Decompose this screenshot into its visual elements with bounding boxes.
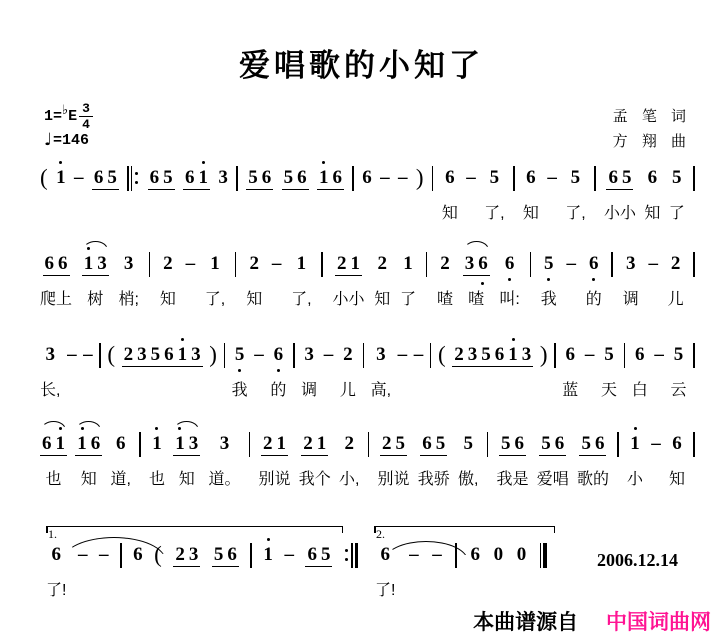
note-glyphs: 235613 <box>452 341 533 369</box>
note-glyphs: – <box>585 341 595 369</box>
beam-group: 25 <box>380 433 407 456</box>
note-digit: 6 <box>672 433 682 455</box>
note-digit: 5 <box>604 344 614 366</box>
beam-group: 65 <box>305 544 332 567</box>
barline <box>624 341 626 397</box>
note-cell: 56歌的 <box>577 430 609 486</box>
note-glyphs <box>127 164 139 192</box>
digit: 3 <box>376 344 386 365</box>
lyric: 了! <box>46 577 66 597</box>
note-cell: 3道。 <box>208 430 240 486</box>
duration-dash: – <box>74 167 84 189</box>
key-letter: E <box>68 108 77 125</box>
lyric: 调 <box>623 286 639 306</box>
duration-dash: – <box>398 344 408 366</box>
note-cell: 56 <box>246 164 273 220</box>
digit: 1 <box>178 344 188 365</box>
note-cell: 2小, <box>339 430 359 486</box>
digit: 1 <box>297 253 307 274</box>
note-digit: 1 <box>297 253 307 275</box>
key-prefix: 1= <box>44 108 62 125</box>
note-digit: 5 <box>163 167 173 189</box>
digit: 3 <box>189 544 199 565</box>
phrase-paren: ( <box>438 343 446 367</box>
note-cell: – <box>651 430 661 486</box>
note-digit: 6 <box>445 167 455 189</box>
note-cell: ) <box>209 341 217 397</box>
note-digit: 2 <box>454 344 464 366</box>
repeat-dots <box>345 543 348 568</box>
note-glyphs: 6 <box>648 164 658 192</box>
note-glyphs <box>236 164 238 192</box>
note-digit: 2 <box>175 544 185 566</box>
note-glyphs: – <box>272 250 282 278</box>
digit: 0 <box>517 544 527 565</box>
score-system-3: 3长,––(235613)5我–6的3调–2儿3高,––(235613)6蓝–5… <box>40 341 695 397</box>
high-octave-dot <box>512 338 515 341</box>
composition-date: 2006.12.14 <box>597 550 678 571</box>
barline-stroke <box>611 252 613 277</box>
note-cell: 1也 <box>149 430 165 486</box>
digit: 6 <box>635 344 645 365</box>
lyricist-credit: 孟 笔 词 <box>613 104 691 129</box>
digit: 1 <box>175 433 185 454</box>
lyric: 歌的 <box>577 466 609 486</box>
beam-group: 23 <box>173 544 200 567</box>
note-cell: – <box>654 341 664 397</box>
digit: 5 <box>463 433 473 454</box>
note-glyphs: 5 <box>604 341 614 369</box>
note-cell: 6知 <box>644 164 660 220</box>
note-glyphs: 3 <box>220 430 230 458</box>
lyric: 了, <box>484 200 504 220</box>
note-glyphs: 6 <box>362 164 372 192</box>
note-glyphs: – <box>67 341 77 369</box>
note-cell: 5了, <box>565 164 585 220</box>
digit: 3 <box>522 344 532 365</box>
barline <box>352 164 354 220</box>
note-glyphs <box>530 250 532 278</box>
note-cell: 65 <box>305 541 332 597</box>
barline <box>236 164 238 220</box>
lyric: 爬上 <box>40 286 72 306</box>
note-glyphs <box>149 250 151 278</box>
digit: 2 <box>671 253 681 274</box>
note-digit: 1 <box>319 167 329 189</box>
note-digit: 6 <box>595 433 605 455</box>
digit: 3 <box>626 253 636 274</box>
slur-arc <box>464 241 489 250</box>
note-cell: 3调 <box>623 250 639 306</box>
first-ending-bracket: 1. <box>46 526 343 533</box>
note-glyphs: 0 <box>494 541 504 569</box>
note-cell: – <box>398 164 408 220</box>
lyric: 道, <box>111 466 131 486</box>
duration-dash: – <box>585 344 595 366</box>
note-glyphs: 5 <box>544 250 554 278</box>
first-ending-label: 1. <box>48 527 57 542</box>
note-digit: 6 <box>262 167 272 189</box>
beam-group: 36 <box>463 253 490 276</box>
barline <box>432 164 434 220</box>
note-digit: 3 <box>137 344 147 366</box>
note-glyphs <box>540 541 547 569</box>
note-glyphs: 56 <box>212 541 239 569</box>
note-cell: 6知 <box>523 164 539 220</box>
lyric: 傲, <box>458 466 478 486</box>
key-line: 1=♭E 3 4 <box>44 103 93 129</box>
lyric: 了 <box>400 286 416 306</box>
digit: 6 <box>505 253 515 274</box>
low-octave-dot <box>238 369 241 372</box>
note-cell: 6了! <box>46 541 66 597</box>
lyric: 知 <box>179 466 195 486</box>
digit: 6 <box>332 167 342 188</box>
beam-group: 61 <box>183 167 210 190</box>
note-glyphs: – <box>324 341 334 369</box>
note-glyphs <box>554 341 556 369</box>
note-cell: ( <box>40 164 48 220</box>
note-cell: ( <box>107 341 115 397</box>
note-cell: 56 <box>282 164 309 220</box>
note-digit: 5 <box>571 167 581 189</box>
note-glyphs: 3 <box>376 341 386 369</box>
note-digit: 5 <box>501 433 511 455</box>
digit: 5 <box>214 544 224 565</box>
note-digit: 3 <box>189 544 199 566</box>
digit: 1 <box>351 253 361 274</box>
source-site-link[interactable]: 中国词曲网 <box>606 611 711 634</box>
beam-group: 61 <box>40 433 67 456</box>
note-digit: 2 <box>671 253 681 275</box>
digit: 6 <box>672 433 682 454</box>
note-digit: 6 <box>422 433 432 455</box>
note-digit: 3 <box>376 344 386 366</box>
duration-dash: – <box>186 253 196 275</box>
note-digit: 3 <box>220 433 230 455</box>
note-cell: – <box>414 341 424 397</box>
duration-dash: – <box>466 167 476 189</box>
duration-dash: – <box>648 253 658 275</box>
high-octave-dot <box>202 161 205 164</box>
note-digit: 6 <box>51 544 61 566</box>
note-digit: 5 <box>235 344 245 366</box>
note-digit: 3 <box>468 344 478 366</box>
barline-stroke <box>139 432 141 457</box>
barline <box>363 341 365 397</box>
note-digit: 3 <box>97 253 107 275</box>
digit: 5 <box>674 344 684 365</box>
barline <box>235 250 237 306</box>
low-octave-dot <box>508 278 511 281</box>
note-glyphs <box>611 250 613 278</box>
note-glyphs: 56 <box>579 430 606 458</box>
note-glyphs: ) <box>209 341 217 369</box>
note-glyphs: 5 <box>571 164 581 192</box>
note-digit: 6 <box>164 344 174 366</box>
note-cell: ) <box>416 164 424 220</box>
note-cell: 6的 <box>270 341 286 397</box>
digit: 6 <box>307 544 317 565</box>
note-glyphs: 6 <box>505 250 515 278</box>
digit: 6 <box>362 167 372 188</box>
barline-stroke <box>235 252 237 277</box>
note-cell: 13知 <box>173 430 200 486</box>
note-digit: 1 <box>84 253 94 275</box>
barline <box>250 541 252 597</box>
digit: 1 <box>630 433 640 454</box>
digit: 3 <box>304 344 314 365</box>
note-cell: 6 <box>362 164 372 220</box>
duration-dash: – <box>547 167 557 189</box>
digit: 1 <box>263 544 273 565</box>
note-digit: 6 <box>94 167 104 189</box>
note-glyphs <box>352 164 354 192</box>
digit: 2 <box>303 433 313 454</box>
barline-stroke <box>363 343 365 368</box>
lyric: 了, <box>565 200 585 220</box>
beam-group: 65 <box>92 167 119 190</box>
note-glyphs: – <box>547 164 557 192</box>
note-glyphs: 5 <box>463 430 473 458</box>
digit: 3 <box>191 344 201 365</box>
beam-group: 21 <box>335 253 362 276</box>
barline <box>611 250 613 306</box>
note-digit: 6 <box>635 344 645 366</box>
note-digit: 5 <box>107 167 117 189</box>
phrase-paren: ( <box>107 343 115 367</box>
note-glyphs: 56 <box>246 164 273 192</box>
note-digit: 2 <box>344 433 354 455</box>
note-cell: 6知 <box>669 430 685 486</box>
note-digit: 1 <box>199 167 209 189</box>
note-digit: 2 <box>440 253 450 275</box>
note-cell: 6白 <box>632 341 648 397</box>
note-glyphs: 16 <box>317 164 344 192</box>
note-cell: 5了 <box>669 164 685 220</box>
note-cell: 16知 <box>75 430 102 486</box>
note-cell: 2喳 <box>437 250 453 306</box>
digit: 5 <box>151 344 161 365</box>
barline <box>693 430 695 486</box>
beam-group: 21 <box>261 433 288 456</box>
lyric: 儿 <box>340 377 356 397</box>
note-glyphs <box>693 164 695 192</box>
repeat-start-barline <box>127 164 139 220</box>
note-digit: 5 <box>674 344 684 366</box>
lyric: 了, <box>205 286 225 306</box>
phrase-paren: ( <box>40 166 48 190</box>
digit: 6 <box>91 433 101 454</box>
digit: 2 <box>249 253 259 274</box>
note-cell: 23 <box>173 541 200 597</box>
high-octave-dot <box>267 538 270 541</box>
digit: 6 <box>297 167 307 188</box>
barline <box>430 341 432 397</box>
note-cell: 21别说 <box>258 430 290 486</box>
digit: 6 <box>526 167 536 188</box>
time-signature: 3 4 <box>79 102 93 131</box>
barline <box>693 164 695 220</box>
lyric: 儿 <box>668 286 684 306</box>
duration-dash: – <box>284 544 294 566</box>
barline <box>554 341 556 397</box>
lyric: 高, <box>371 377 391 397</box>
note-digit: 3 <box>626 253 636 275</box>
note-digit: 1 <box>630 433 640 455</box>
note-glyphs <box>513 164 515 192</box>
note-glyphs: 6 <box>274 341 284 369</box>
note-glyphs: 3 <box>304 341 314 369</box>
note-digit: 2 <box>163 253 173 275</box>
note-digit: 5 <box>541 433 551 455</box>
note-glyphs: ( <box>438 341 446 369</box>
barline <box>139 430 141 486</box>
digit: 3 <box>218 167 228 188</box>
second-ending-label: 2. <box>376 527 385 542</box>
digit: 6 <box>45 253 55 274</box>
barline-stroke <box>513 166 515 191</box>
digit: 6 <box>42 433 52 454</box>
note-cell: 1 <box>263 541 273 597</box>
note-cell: 2儿 <box>668 250 684 306</box>
note-glyphs: 6 <box>471 541 481 569</box>
digit: 5 <box>163 167 173 188</box>
phrase-paren: ) <box>540 343 548 367</box>
duration-dash: – <box>254 344 264 366</box>
high-octave-dot <box>59 161 62 164</box>
note-glyphs: – <box>83 341 93 369</box>
barline <box>530 250 532 306</box>
note-cell: 0 <box>517 541 527 597</box>
repeat-end-barline <box>344 541 358 597</box>
note-glyphs: 5 <box>672 164 682 192</box>
duration-dash: – <box>380 167 390 189</box>
note-glyphs: 235613 <box>122 341 203 369</box>
high-octave-dot <box>181 338 184 341</box>
note-cell: 6道, <box>111 430 131 486</box>
note-cell: 3 <box>218 164 228 220</box>
digit: 3 <box>465 253 475 274</box>
note-glyphs: – <box>186 250 196 278</box>
note-cell: – <box>83 341 93 397</box>
digit: 6 <box>566 344 576 365</box>
digit: 0 <box>494 544 504 565</box>
note-glyphs: 2 <box>163 250 173 278</box>
note-cell: – <box>186 250 196 306</box>
digit: 5 <box>541 433 551 454</box>
note-glyphs: – <box>254 341 264 369</box>
credits: 孟 笔 词 方 翔 曲 <box>613 104 691 154</box>
note-digit: 5 <box>581 433 591 455</box>
note-glyphs <box>693 250 695 278</box>
note-digit: 2 <box>382 433 392 455</box>
digit: 6 <box>608 167 618 188</box>
digit: 3 <box>468 344 478 365</box>
beam-group: 56 <box>246 167 273 190</box>
digit: 6 <box>595 433 605 454</box>
note-cell: 6叫: <box>499 250 519 306</box>
song-title: 爱唱歌的小知了 <box>0 40 723 85</box>
beam-group: 13 <box>173 433 200 456</box>
barline <box>487 430 489 486</box>
low-octave-dot <box>592 278 595 281</box>
barline-stroke <box>617 432 619 457</box>
beam-group: 21 <box>301 433 328 456</box>
note-cell: 3长, <box>40 341 60 397</box>
note-glyphs: – <box>74 164 84 192</box>
digit: 6 <box>648 167 658 188</box>
note-digit: 0 <box>517 544 527 566</box>
barline-stroke <box>426 252 428 277</box>
high-octave-dot <box>634 427 637 430</box>
note-glyphs <box>224 341 226 369</box>
note-glyphs: 61 <box>183 164 210 192</box>
duration-dash: – <box>567 253 577 275</box>
barline <box>368 430 370 486</box>
note-glyphs: 2 <box>378 250 388 278</box>
barline <box>513 164 515 220</box>
note-glyphs <box>624 341 626 369</box>
note-digit: 2 <box>343 344 353 366</box>
note-digit: 5 <box>622 167 632 189</box>
lyric: 小 <box>627 466 643 486</box>
digit: 5 <box>581 433 591 454</box>
note-glyphs: 23 <box>173 541 200 569</box>
note-glyphs: ) <box>416 164 424 192</box>
note-digit: 6 <box>514 433 524 455</box>
note-digit: 1 <box>263 544 273 566</box>
barline-stroke <box>624 343 626 368</box>
note-glyphs: 21 <box>261 430 288 458</box>
note-glyphs: 56 <box>539 430 566 458</box>
note-cell: – <box>648 250 658 306</box>
note-cell: 16 <box>317 164 344 220</box>
lyric: 也 <box>45 466 61 486</box>
digit: 2 <box>440 253 450 274</box>
note-digit: 5 <box>490 167 500 189</box>
digit: 6 <box>422 433 432 454</box>
note-digit: 1 <box>210 253 220 275</box>
note-digit: 6 <box>307 544 317 566</box>
score-system-2: 66爬上13树3梢;2知–1了,2知–1了,21小小2知1了2喳36喳6叫:5我… <box>40 250 695 306</box>
digit: 2 <box>343 344 353 365</box>
note-glyphs <box>363 341 365 369</box>
digit: 3 <box>137 344 147 365</box>
digit: 5 <box>284 167 294 188</box>
barline <box>617 430 619 486</box>
lyric: 小小 <box>333 286 365 306</box>
lyric: 的 <box>270 377 286 397</box>
beam-group: 16 <box>317 167 344 190</box>
note-glyphs: 2 <box>671 250 681 278</box>
digit: 5 <box>501 433 511 454</box>
digit: 2 <box>337 253 347 274</box>
note-digit: 1 <box>77 433 87 455</box>
note-glyphs: 66 <box>43 250 70 278</box>
quarter-note-icon: ♩ <box>44 130 52 150</box>
low-octave-dot <box>277 369 280 372</box>
sheet-music-page: 爱唱歌的小知了 1=♭E 3 4 ♩ =146 孟 笔 词 方 翔 曲 (1–6… <box>0 0 723 644</box>
final-barline <box>540 541 547 597</box>
repeat-dots <box>135 166 138 191</box>
digit: 1 <box>276 433 286 454</box>
note-digit: 1 <box>508 344 518 366</box>
note-glyphs: 65 <box>606 164 633 192</box>
duration-dash: – <box>83 344 93 366</box>
lyric: 云 <box>670 377 686 397</box>
digit: 5 <box>490 167 500 188</box>
